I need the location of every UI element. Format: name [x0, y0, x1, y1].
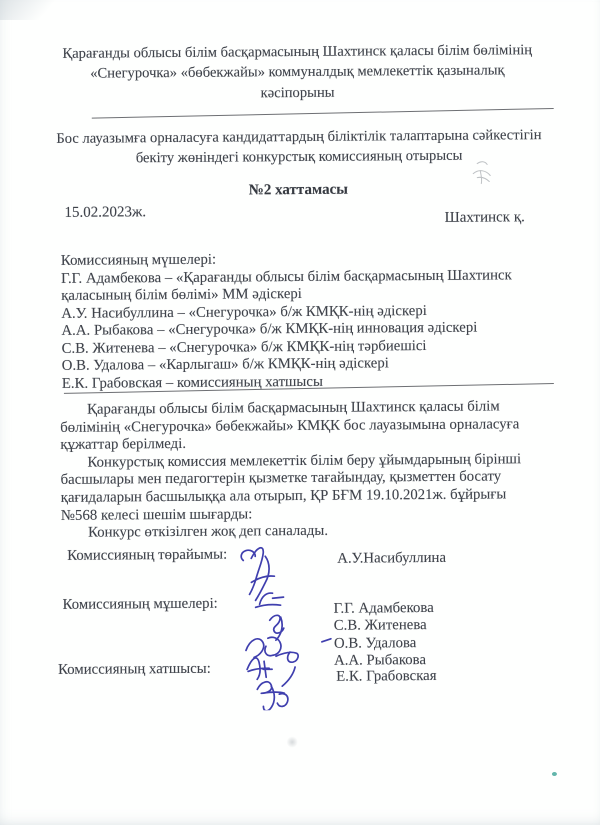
signature-member-ink: [247, 658, 272, 680]
organization-header: Қарағанды облысы білім басқармасының Шах…: [54, 40, 540, 105]
scan-ink-dot: [552, 772, 557, 776]
header-divider-line: [92, 108, 554, 119]
member-signature-name: С.В. Житенева: [334, 617, 434, 635]
signature-member-ink: [246, 637, 299, 686]
body-paragraph-2: Конкурстық комиссия мемлекеттік білім бе…: [60, 451, 523, 525]
protocol-body: Қарағанды облысы білім басқармасының Шах…: [60, 398, 561, 543]
chair-signature-name: А.У.Насибуллина: [337, 550, 446, 568]
scan-smudge-mark: [287, 736, 298, 748]
secretary-signature-name: Е.К. Грабовская: [336, 668, 436, 686]
scanned-protocol-page: Қарағанды облысы білім басқармасының Шах…: [0, 0, 600, 825]
members-signature-names: Г.Г. Адамбекова С.В. Житенева О.В. Удало…: [334, 600, 435, 670]
signature-ink-dash: [322, 639, 331, 642]
body-paragraph-1: Қарағанды облысы білім басқармасының Шах…: [60, 398, 560, 455]
protocol-city: Шахтинск қ.: [445, 209, 525, 227]
commission-members-list: Комиссияның мүшелері: Г.Г. Адамбекова – …: [61, 249, 576, 393]
chair-signature-label: Комиссияның төрайымы:: [67, 547, 227, 565]
member-signature-name: О.В. Удалова: [334, 635, 434, 653]
members-signature-label: Комиссияның мұшелері:: [63, 596, 218, 614]
handwritten-signatures-ink: [229, 538, 348, 711]
member-entry: Г.Г. Адамбекова – «Қарағанды облысы білі…: [61, 266, 575, 305]
member-signature-name: Г.Г. Адамбекова: [334, 600, 434, 618]
protocol-number-title: №2 хаттамасы: [0, 180, 598, 202]
secretary-signature-label: Комиссияның хатшысы:: [58, 661, 211, 679]
signature-member-ink: [256, 593, 284, 607]
scan-tilt-wrapper: Қарағанды облысы білім басқармасының Шах…: [0, 0, 600, 825]
member-entry: Е.К. Грабовская – комиссияның хатшысы: [62, 371, 576, 393]
protocol-date: 15.02.2023ж.: [64, 204, 146, 222]
